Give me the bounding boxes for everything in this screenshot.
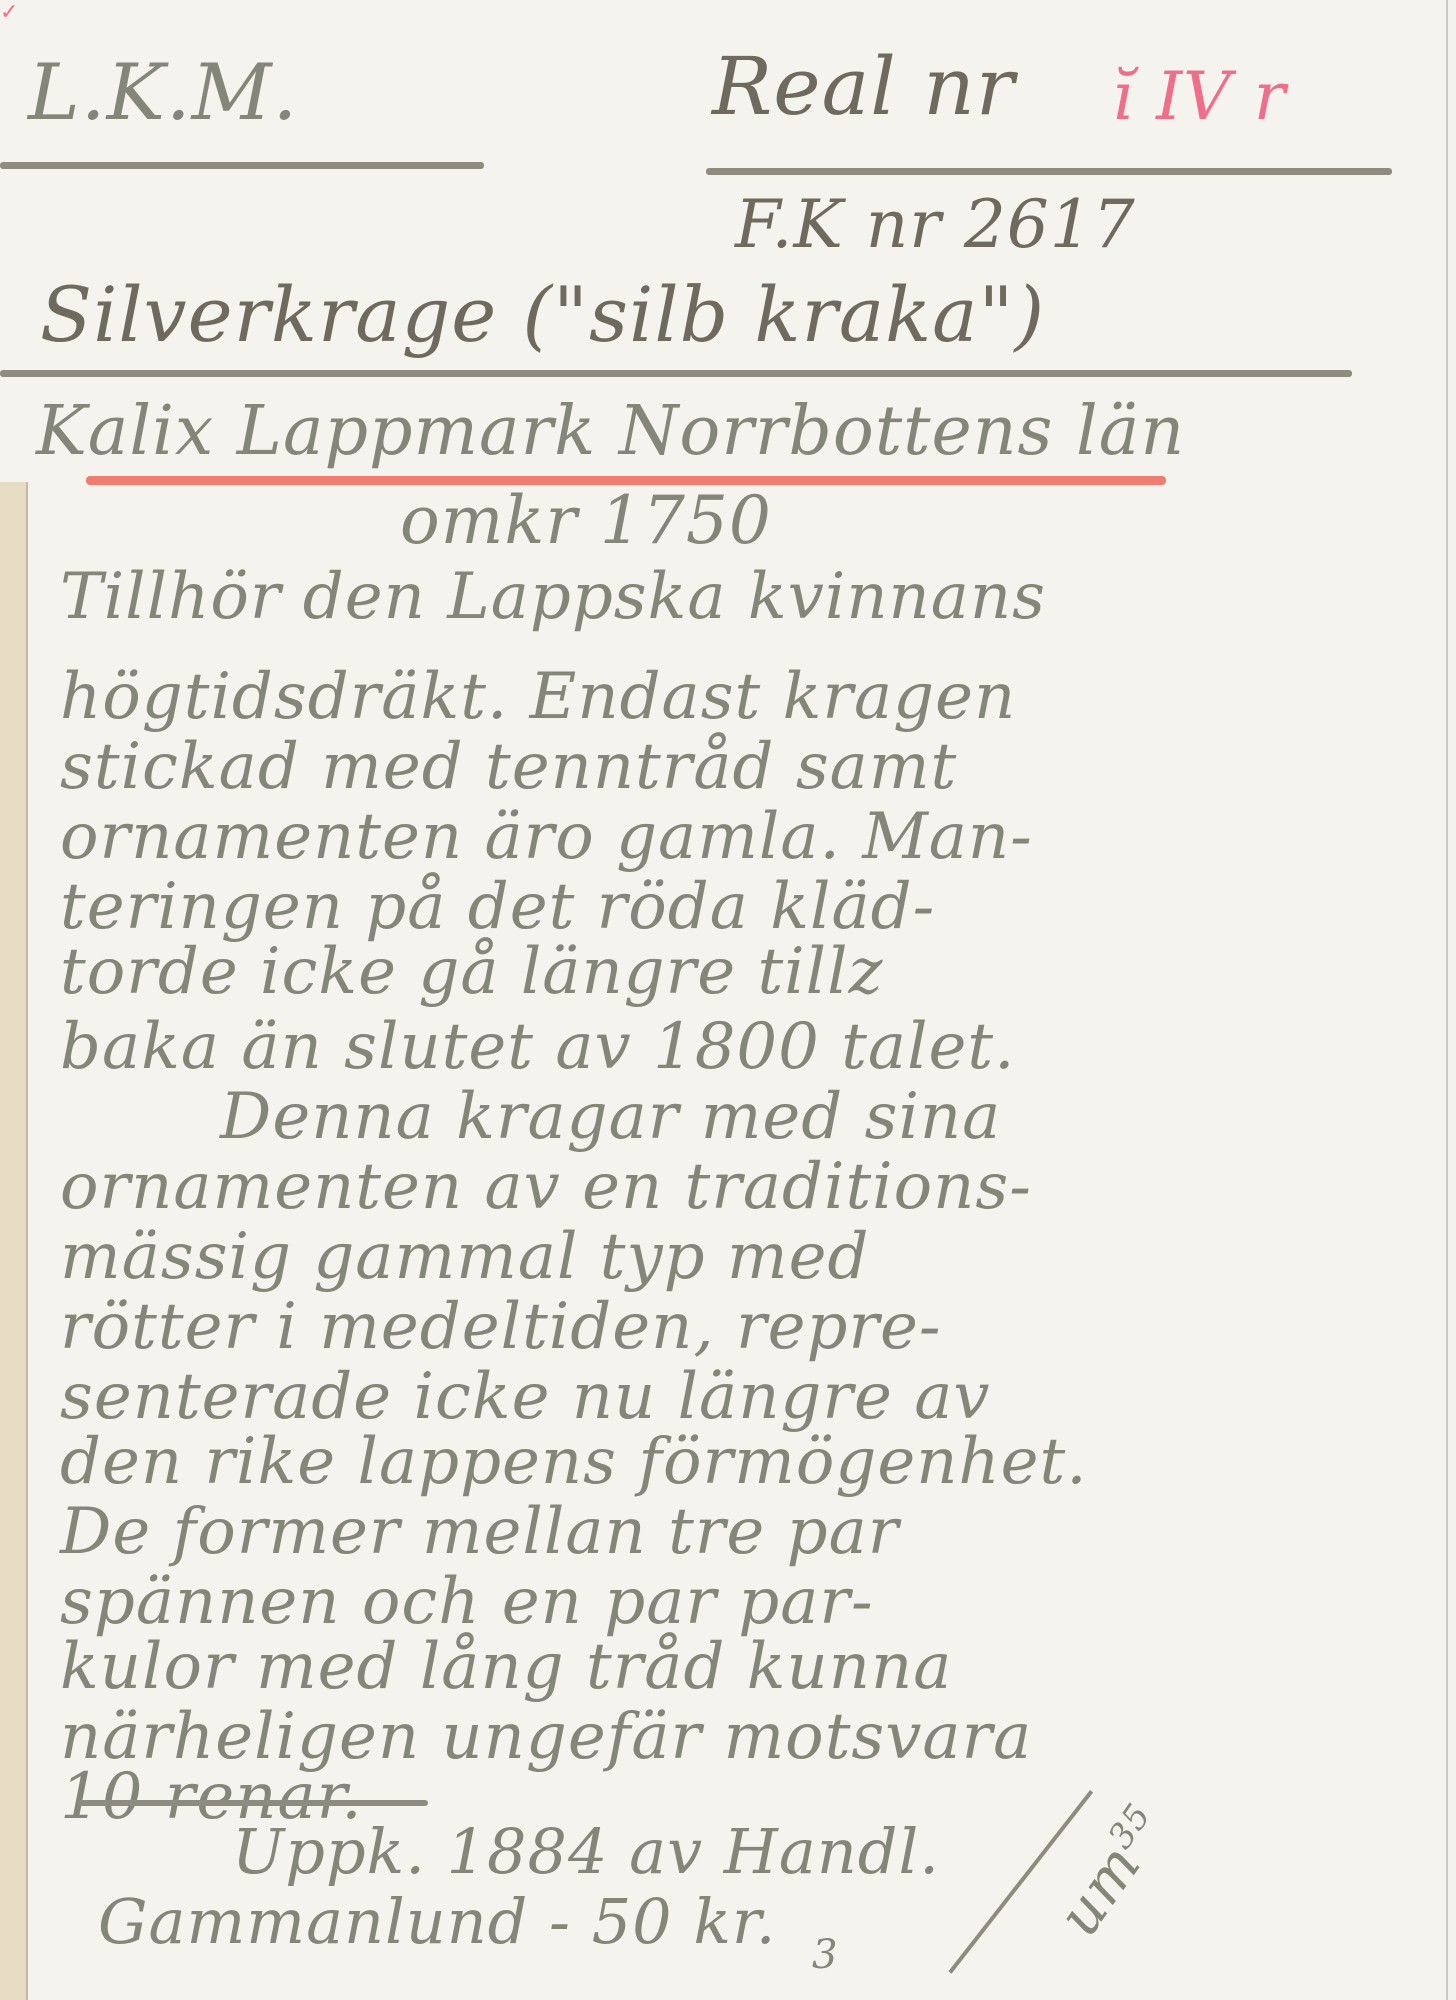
acquisition-line: Gammanlund - 50 kr. <box>98 1885 776 1958</box>
title-rule <box>0 370 1352 377</box>
description-line: ornamenten äro gamla. Man- <box>60 800 1033 874</box>
description-line: den rike lappens förmögenhet. <box>60 1425 1088 1499</box>
header-left-label: L.K.M. <box>28 48 298 138</box>
header-right-rule <box>706 168 1392 175</box>
underlying-card-edge <box>0 482 28 2000</box>
pink-roman-numeral-mark: ĭ IV r <box>1112 58 1286 135</box>
inventory-number: F.K nr 2617 <box>735 186 1136 263</box>
description-line: högtidsdräkt. Endast kragen <box>60 660 1016 734</box>
description-line: rötter i medeltiden, repre- <box>60 1290 942 1364</box>
object-date: omkr 1750 <box>400 482 772 559</box>
description-line: mässig gammal typ med <box>60 1220 870 1294</box>
description-line: kulor med lång tråd kunna <box>60 1630 952 1704</box>
body-end-rule <box>78 1800 428 1806</box>
description-line: ornamenten av en traditions- <box>60 1150 1032 1224</box>
description-line: senterade icke nu längre av <box>60 1360 991 1434</box>
pink-check-mark: ✓ <box>0 0 18 25</box>
object-location: Kalix Lappmark Norrbottens län <box>36 392 1185 471</box>
description-line: stickad med tenntråd samt <box>60 730 957 804</box>
header-real-number-label: Real nr <box>712 40 1015 133</box>
description-line: Tillhör den Lappska kvinnans <box>60 560 1046 634</box>
acquisition-line: Uppk. 1884 av Handl. <box>232 1815 940 1888</box>
description-line: spännen och en par par- <box>60 1565 874 1639</box>
description-line: Denna kragar med sina <box>220 1080 1001 1154</box>
small-mark: 3 <box>812 1932 838 1978</box>
object-title: Silverkrage ("silb kraka") <box>40 270 1045 359</box>
description-line: baka än slutet av 1800 talet. <box>60 1010 1015 1084</box>
description-line: torde icke gå längre tillz <box>60 935 883 1009</box>
description-line: De former mellan tre par <box>60 1495 899 1569</box>
header-left-rule <box>0 162 484 169</box>
description-line: teringen på det röda kläd- <box>60 870 935 944</box>
